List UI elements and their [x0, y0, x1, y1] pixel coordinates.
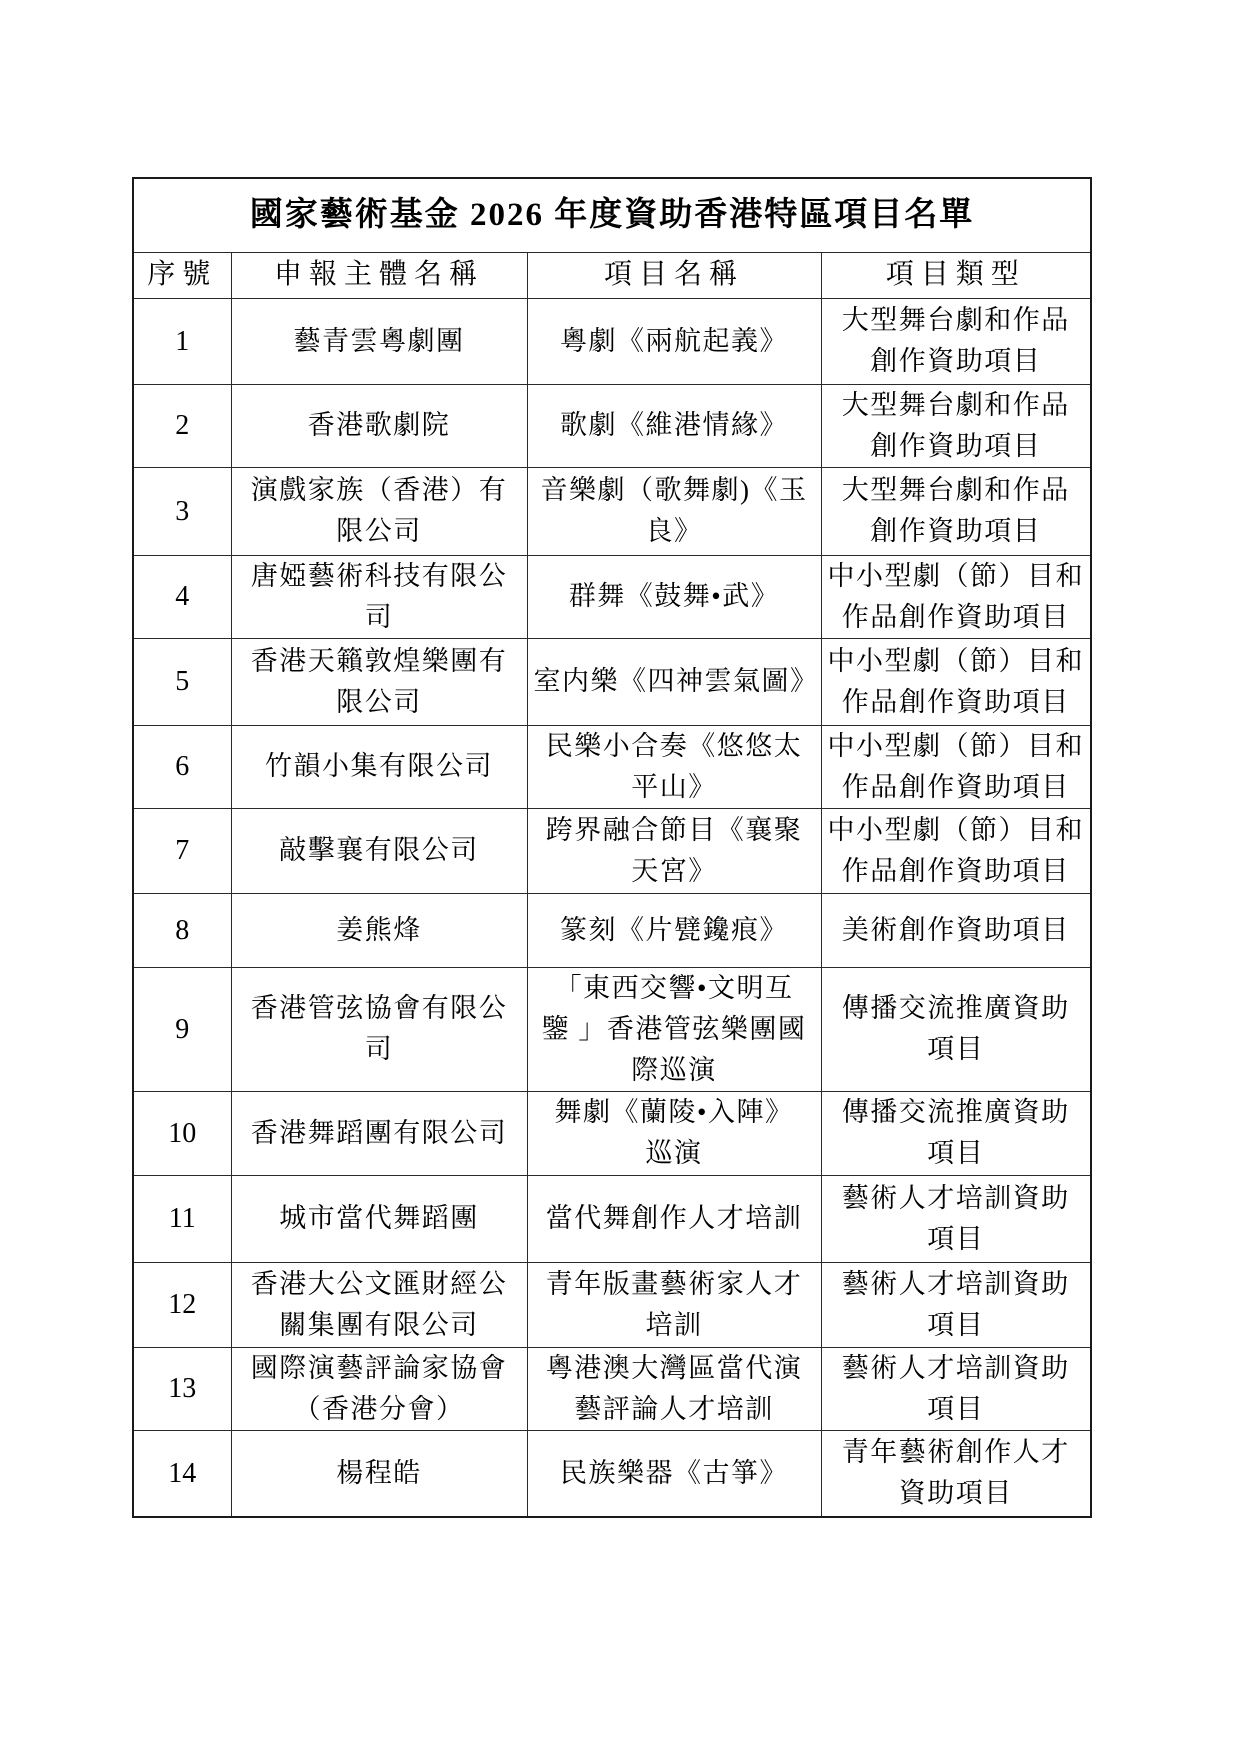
row-no: 12: [133, 1262, 231, 1347]
table-row: 10 香港舞蹈團有限公司 舞劇《蘭陵•入陣》 巡演 傳播交流推廣資助 項目: [133, 1091, 1091, 1175]
applicant-cell: 香港歌劇院: [231, 384, 527, 467]
project-cell: 粵港澳大灣區當代演 藝評論人才培訓: [527, 1347, 821, 1430]
row-no: 6: [133, 725, 231, 808]
table-row: 9 香港管弦協會有限公 司 「東西交響•文明互 鑒 」香港管弦樂團國 際巡演 傳…: [133, 967, 1091, 1091]
row-no: 8: [133, 893, 231, 967]
page-title: 國家藝術基金 2026 年度資助香港特區項目名單: [133, 178, 1091, 252]
column-header-type: 項目類型: [821, 252, 1091, 298]
type-cell: 傳播交流推廣資助 項目: [821, 1091, 1091, 1175]
row-no: 5: [133, 638, 231, 725]
project-cell: 粵劇《兩航起義》: [527, 298, 821, 384]
type-cell: 藝術人才培訓資助 項目: [821, 1262, 1091, 1347]
column-header-project: 項目名稱: [527, 252, 821, 298]
project-cell: 歌劇《維港情緣》: [527, 384, 821, 467]
applicant-cell: 姜熊烽: [231, 893, 527, 967]
type-cell: 中小型劇（節）目和 作品創作資助項目: [821, 638, 1091, 725]
project-cell: 舞劇《蘭陵•入陣》 巡演: [527, 1091, 821, 1175]
row-no: 3: [133, 467, 231, 555]
project-cell: 民族樂器《古箏》: [527, 1430, 821, 1517]
row-no: 11: [133, 1175, 231, 1262]
type-cell: 大型舞台劇和作品 創作資助項目: [821, 467, 1091, 555]
applicant-cell: 敲擊襄有限公司: [231, 808, 527, 893]
table-header-row: 序號 申報主體名稱 項目名稱 項目類型: [133, 252, 1091, 298]
project-cell: 跨界融合節目《襄聚 天宮》: [527, 808, 821, 893]
table-row: 3 演戲家族（香港）有 限公司 音樂劇（歌舞劇)《玉 良》 大型舞台劇和作品 創…: [133, 467, 1091, 555]
applicant-cell: 香港舞蹈團有限公司: [231, 1091, 527, 1175]
project-cell: 群舞《鼓舞•武》: [527, 555, 821, 638]
type-cell: 藝術人才培訓資助 項目: [821, 1347, 1091, 1430]
table-row: 7 敲擊襄有限公司 跨界融合節目《襄聚 天宮》 中小型劇（節）目和 作品創作資助…: [133, 808, 1091, 893]
type-cell: 中小型劇（節）目和 作品創作資助項目: [821, 725, 1091, 808]
row-no: 2: [133, 384, 231, 467]
applicant-cell: 藝青雲粵劇團: [231, 298, 527, 384]
table-row: 6 竹韻小集有限公司 民樂小合奏《悠悠太 平山》 中小型劇（節）目和 作品創作資…: [133, 725, 1091, 808]
type-cell: 傳播交流推廣資助 項目: [821, 967, 1091, 1091]
table-row: 11 城市當代舞蹈團 當代舞創作人才培訓 藝術人才培訓資助 項目: [133, 1175, 1091, 1262]
table-row: 12 香港大公文匯財經公 關集團有限公司 青年版畫藝術家人才 培訓 藝術人才培訓…: [133, 1262, 1091, 1347]
table-row: 1 藝青雲粵劇團 粵劇《兩航起義》 大型舞台劇和作品 創作資助項目: [133, 298, 1091, 384]
table-row: 2 香港歌劇院 歌劇《維港情緣》 大型舞台劇和作品 創作資助項目: [133, 384, 1091, 467]
applicant-cell: 楊程皓: [231, 1430, 527, 1517]
applicant-cell: 演戲家族（香港）有 限公司: [231, 467, 527, 555]
column-header-no: 序號: [133, 252, 231, 298]
row-no: 9: [133, 967, 231, 1091]
project-cell: 室内樂《四神雲氣圖》: [527, 638, 821, 725]
table-row: 13 國際演藝評論家協會 （香港分會） 粵港澳大灣區當代演 藝評論人才培訓 藝術…: [133, 1347, 1091, 1430]
row-no: 13: [133, 1347, 231, 1430]
type-cell: 中小型劇（節）目和 作品創作資助項目: [821, 555, 1091, 638]
row-no: 1: [133, 298, 231, 384]
document-page: 國家藝術基金 2026 年度資助香港特區項目名單 序號 申報主體名稱 項目名稱 …: [132, 177, 1090, 1518]
project-cell: 「東西交響•文明互 鑒 」香港管弦樂團國 際巡演: [527, 967, 821, 1091]
type-cell: 藝術人才培訓資助 項目: [821, 1175, 1091, 1262]
project-cell: 音樂劇（歌舞劇)《玉 良》: [527, 467, 821, 555]
applicant-cell: 國際演藝評論家協會 （香港分會）: [231, 1347, 527, 1430]
table-row: 8 姜熊烽 篆刻《片甓鑱痕》 美術創作資助項目: [133, 893, 1091, 967]
row-no: 14: [133, 1430, 231, 1517]
table-title-row: 國家藝術基金 2026 年度資助香港特區項目名單: [133, 178, 1091, 252]
type-cell: 大型舞台劇和作品 創作資助項目: [821, 384, 1091, 467]
table-row: 14 楊程皓 民族樂器《古箏》 青年藝術創作人才 資助項目: [133, 1430, 1091, 1517]
applicant-cell: 香港大公文匯財經公 關集團有限公司: [231, 1262, 527, 1347]
table-row: 4 唐婭藝術科技有限公 司 群舞《鼓舞•武》 中小型劇（節）目和 作品創作資助項…: [133, 555, 1091, 638]
project-cell: 青年版畫藝術家人才 培訓: [527, 1262, 821, 1347]
applicant-cell: 竹韻小集有限公司: [231, 725, 527, 808]
type-cell: 大型舞台劇和作品 創作資助項目: [821, 298, 1091, 384]
row-no: 4: [133, 555, 231, 638]
applicant-cell: 唐婭藝術科技有限公 司: [231, 555, 527, 638]
column-header-applicant: 申報主體名稱: [231, 252, 527, 298]
table-row: 5 香港天籟敦煌樂團有 限公司 室内樂《四神雲氣圖》 中小型劇（節）目和 作品創…: [133, 638, 1091, 725]
applicant-cell: 城市當代舞蹈團: [231, 1175, 527, 1262]
type-cell: 中小型劇（節）目和 作品創作資助項目: [821, 808, 1091, 893]
funding-projects-table: 國家藝術基金 2026 年度資助香港特區項目名單 序號 申報主體名稱 項目名稱 …: [132, 177, 1092, 1518]
type-cell: 青年藝術創作人才 資助項目: [821, 1430, 1091, 1517]
applicant-cell: 香港管弦協會有限公 司: [231, 967, 527, 1091]
row-no: 7: [133, 808, 231, 893]
project-cell: 民樂小合奏《悠悠太 平山》: [527, 725, 821, 808]
type-cell: 美術創作資助項目: [821, 893, 1091, 967]
project-cell: 篆刻《片甓鑱痕》: [527, 893, 821, 967]
applicant-cell: 香港天籟敦煌樂團有 限公司: [231, 638, 527, 725]
project-cell: 當代舞創作人才培訓: [527, 1175, 821, 1262]
row-no: 10: [133, 1091, 231, 1175]
